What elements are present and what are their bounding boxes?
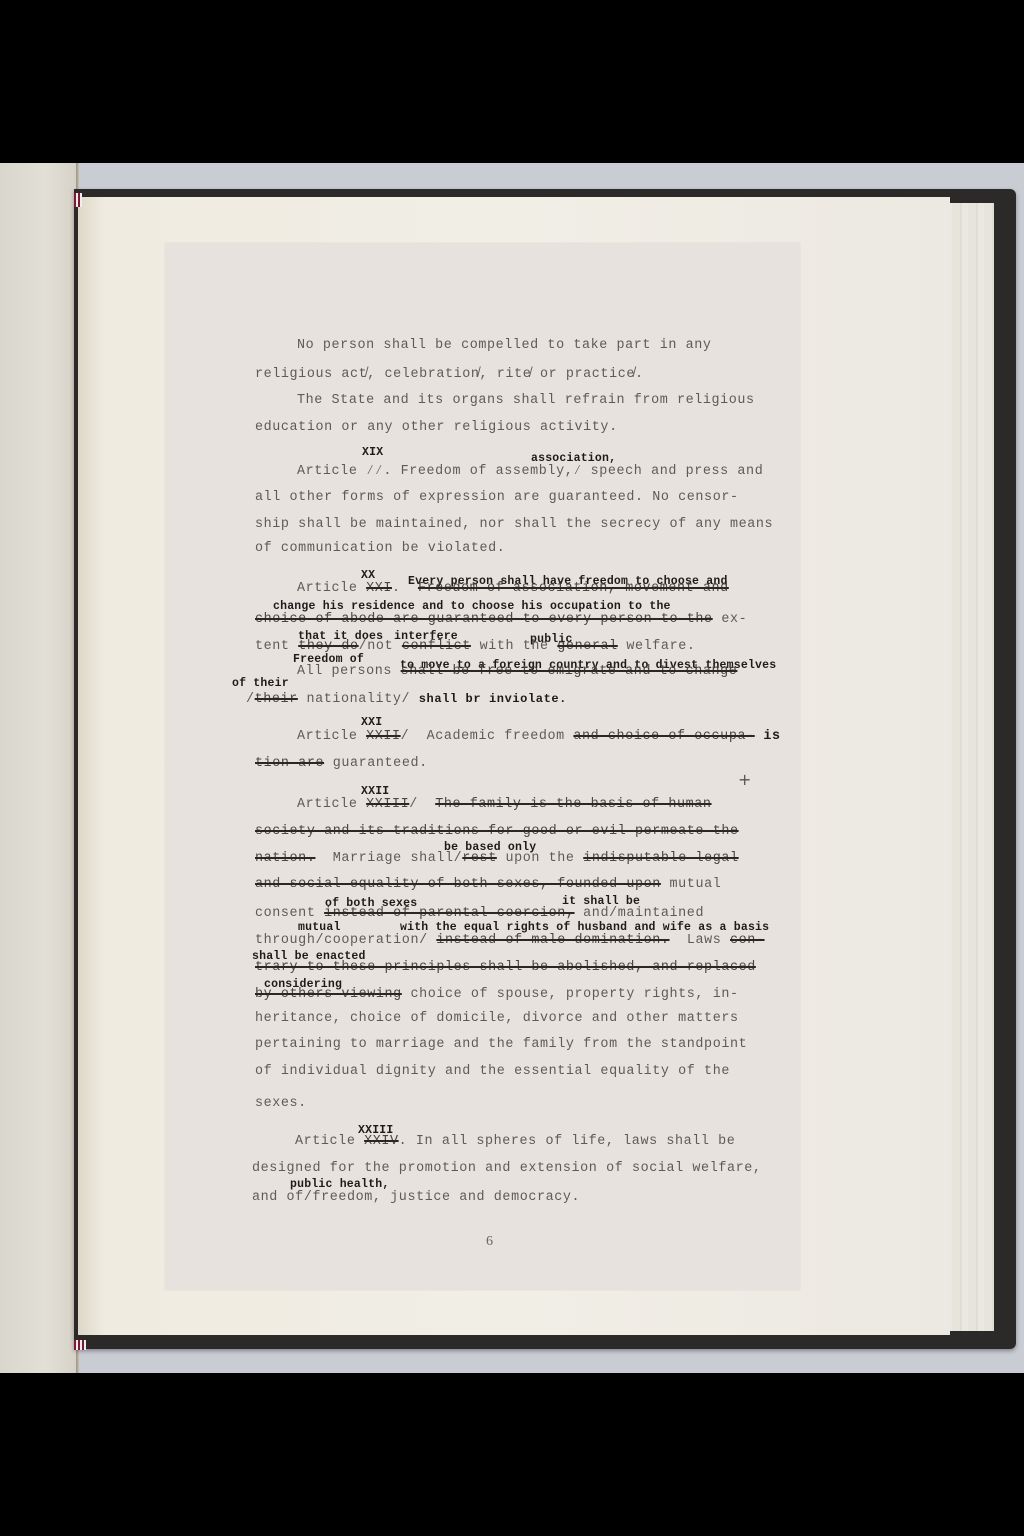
article-number-insert: XIX xyxy=(362,446,383,459)
article-number-insert: XXI xyxy=(361,716,382,729)
paragraph-line: religious act̸, celebration̸, rite̸ or p… xyxy=(255,367,644,382)
article-line: tent they do/not conflict with the gener… xyxy=(255,639,695,654)
struck-text: Freedom of association, movement and xyxy=(418,581,729,596)
article-line: of individual dignity and the essential … xyxy=(255,1064,730,1079)
article-line: /their nationality/ shall br inviolate. xyxy=(246,692,567,707)
article-line: All persons shall be free to emigrate an… xyxy=(297,664,737,679)
binding-thread-top xyxy=(74,193,82,207)
article-line: of communication be violated. xyxy=(255,541,505,556)
article-line: through/cooperation/ instead of male dom… xyxy=(255,933,765,948)
article-line: tion are guaranteed. xyxy=(255,756,428,771)
article-line: Article XXII/ Academic freedom and choic… xyxy=(297,729,781,744)
handwritten-insert: of their xyxy=(232,677,289,690)
article-line: choice of abode are guaranteed to every … xyxy=(255,612,747,627)
margin-plus-mark: + xyxy=(738,770,751,789)
article-line: pertaining to marriage and the family fr… xyxy=(255,1037,747,1052)
article-line: sexes. xyxy=(255,1096,307,1111)
article-line: society and its traditions for good or e… xyxy=(255,824,739,839)
article-line: consent instead of parental coercion, an… xyxy=(255,906,704,921)
article-line: Article XXIV. In all spheres of life, la… xyxy=(295,1134,735,1149)
article-line: nation. Marriage shall/rest upon the ind… xyxy=(255,851,739,866)
article-line: by others viewing choice of spouse, prop… xyxy=(255,987,739,1002)
article-line: ship shall be maintained, nor shall the … xyxy=(255,517,773,532)
article-line: designed for the promotion and extension… xyxy=(252,1161,762,1176)
paragraph-line: education or any other religious activit… xyxy=(255,420,618,435)
article-line: Article XXIII/ The family is the basis o… xyxy=(297,797,712,812)
struck-number: XXI xyxy=(366,581,392,596)
article-line: and of/freedom, justice and democracy. xyxy=(252,1190,580,1205)
struck-text: choice of abode are guaranteed to every … xyxy=(255,612,713,627)
page-number: 6 xyxy=(486,1234,493,1250)
binding-thread-bottom xyxy=(74,1340,86,1350)
paragraph-line: The State and its organs shall refrain f… xyxy=(297,393,755,408)
paragraph-line: No person shall be compelled to take par… xyxy=(297,338,712,353)
article-line: Article ∕∕. Freedom of assembly,∕ speech… xyxy=(297,464,763,479)
article-line: all other forms of expression are guaran… xyxy=(255,490,739,505)
article-line: Article XXI. Freedom of association, mov… xyxy=(297,581,729,596)
left-page xyxy=(0,163,77,1373)
article-line: and social equality of both sexes, found… xyxy=(255,877,721,892)
article-line: heritance, choice of domicile, divorce a… xyxy=(255,1011,739,1026)
article-line: trary to these principles shall be aboli… xyxy=(255,960,756,975)
